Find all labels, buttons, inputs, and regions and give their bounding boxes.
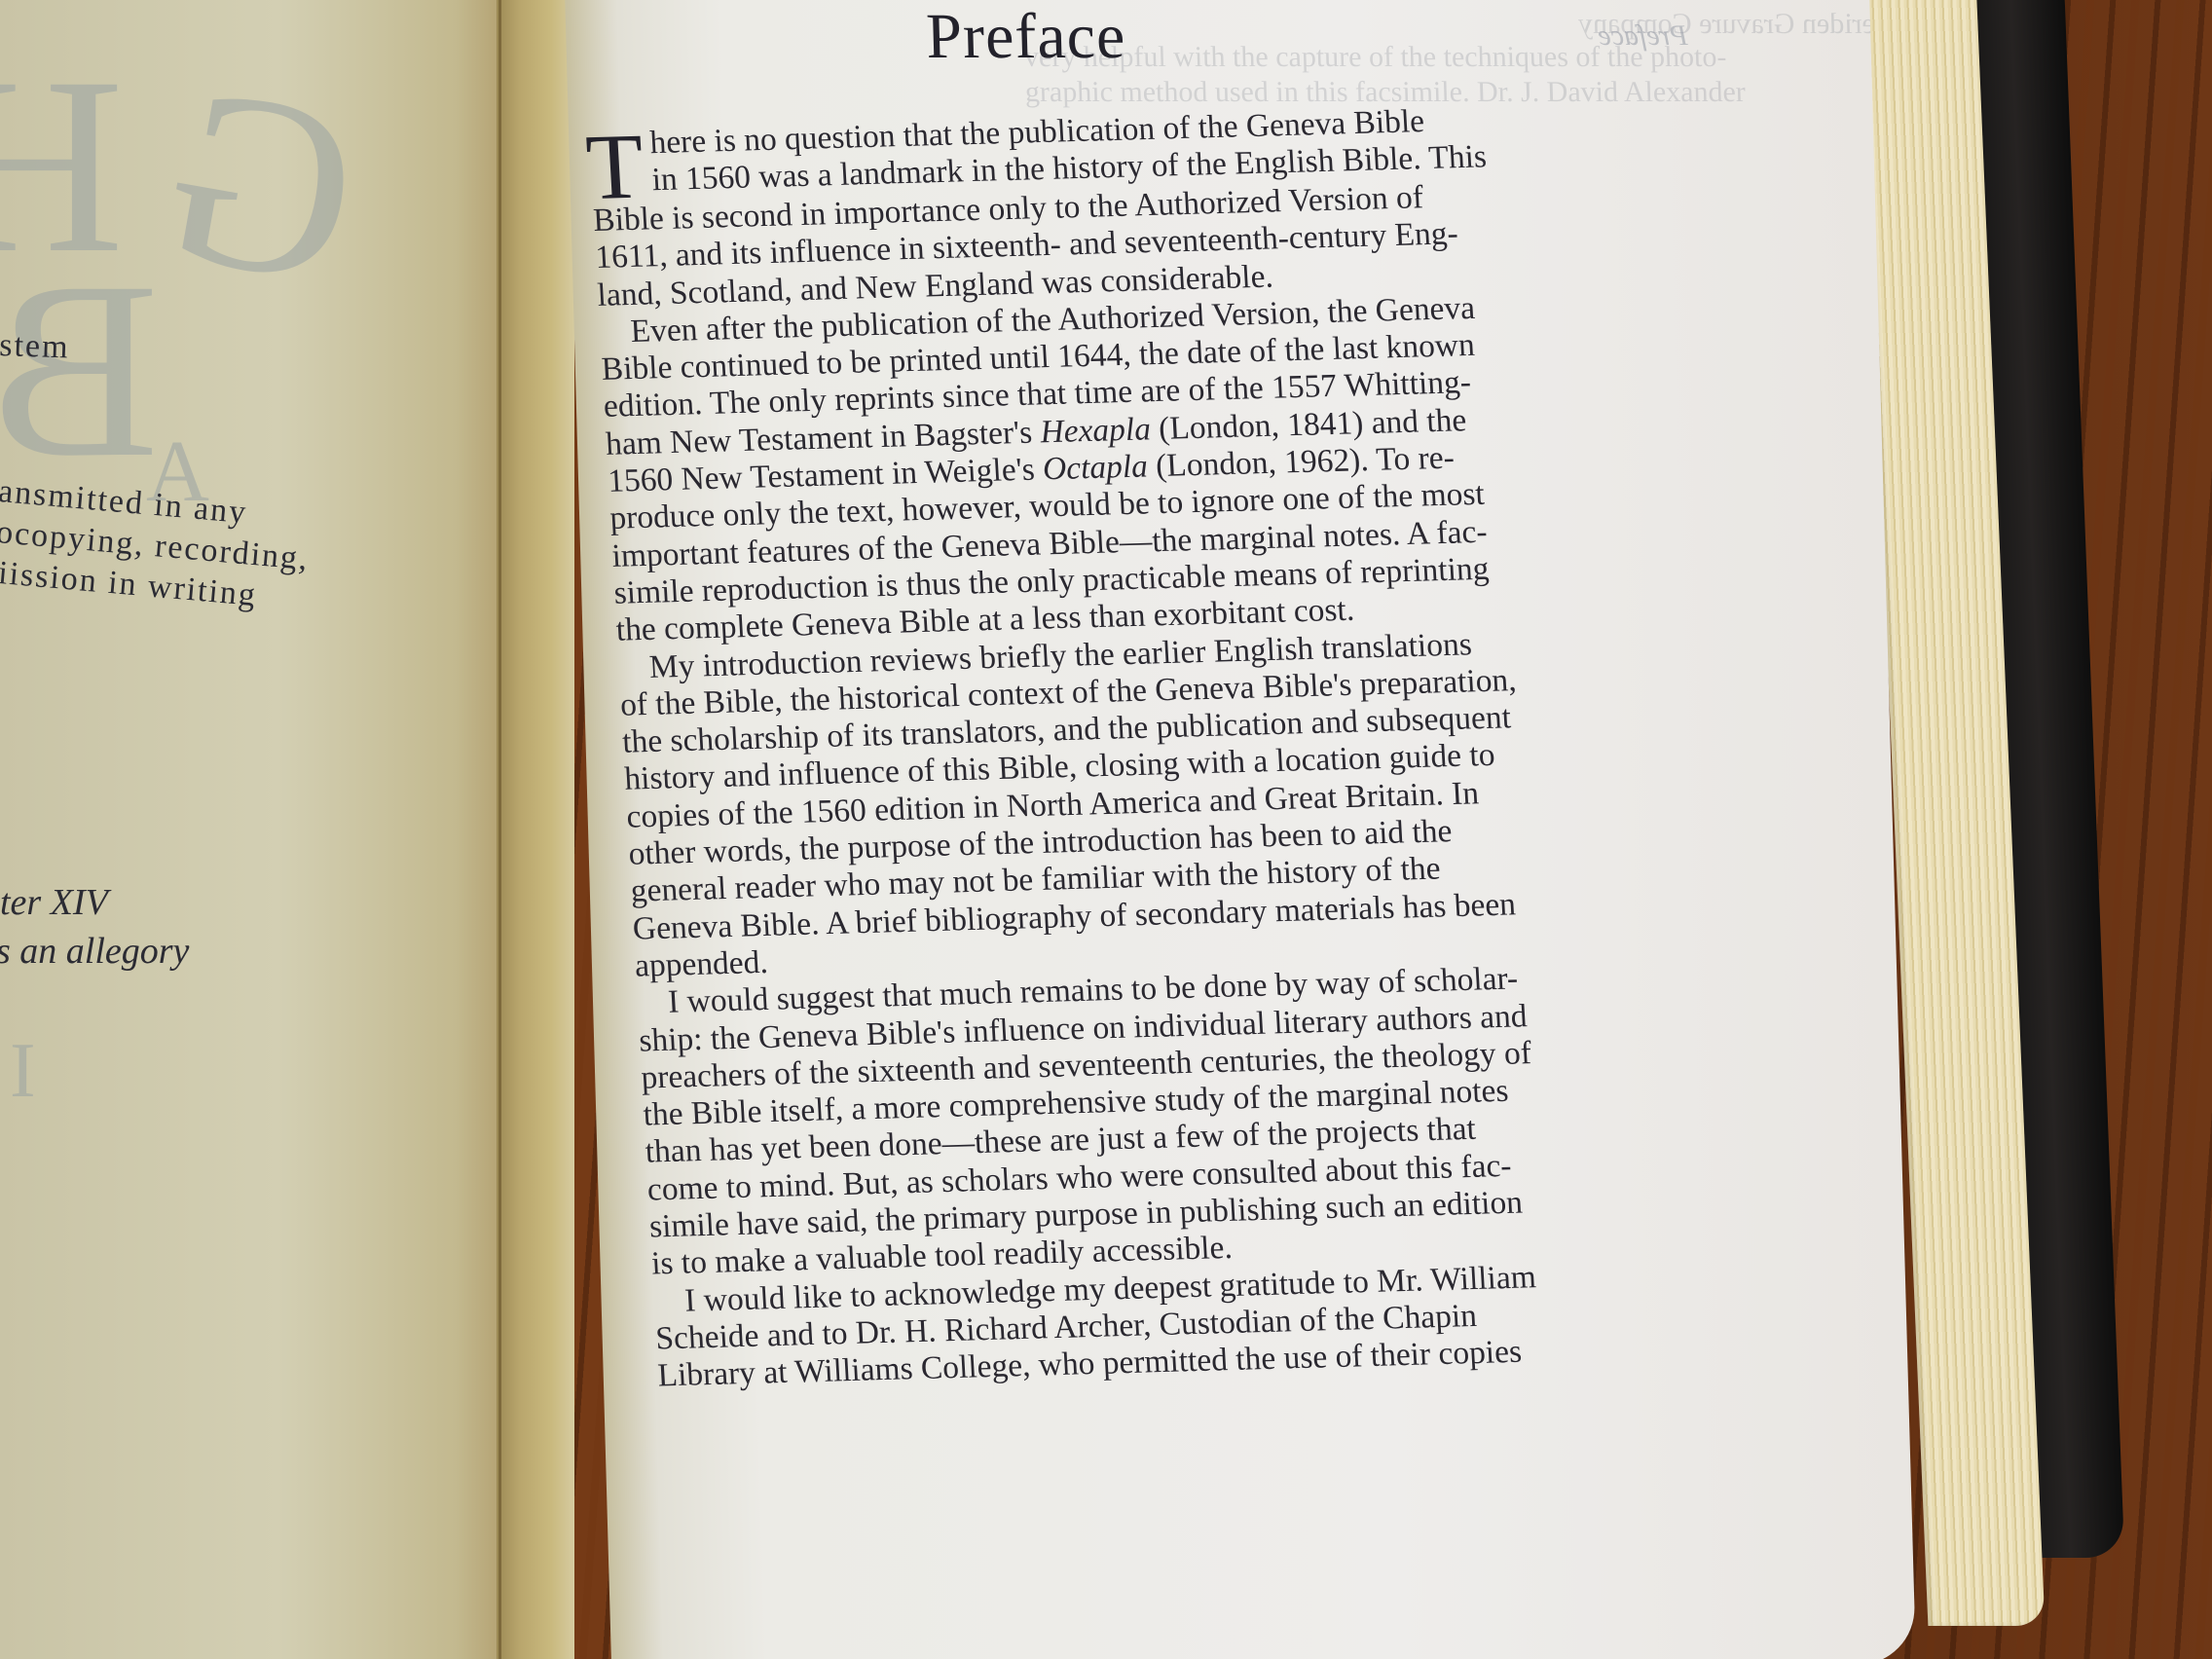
paragraph: I would suggest that much remains to be …	[636, 955, 1742, 1284]
dedication-fragment: s an allegory	[0, 930, 189, 973]
bleed-letter: B	[0, 243, 159, 497]
left-page: H G B A I stem ansmitted in any ocopying…	[0, 0, 506, 1659]
book-gutter	[497, 0, 574, 1659]
paragraph: My introduction reviews briefly the earl…	[617, 619, 1725, 985]
preface-body: T here is no question that the publicati…	[588, 96, 1748, 1395]
gutter-crease	[498, 0, 501, 1659]
right-page: Mr. John Peckham of the Meriden Gravure …	[565, 0, 1916, 1659]
book-title-octapla: Octapla	[1042, 448, 1149, 487]
bleed-letter: G	[150, 45, 374, 326]
dedication-fragment: ter XIV	[0, 881, 108, 924]
drop-cap: T	[584, 130, 645, 203]
bleed-letter: I	[10, 1032, 36, 1110]
paragraph: Even after the publication of the Author…	[599, 284, 1707, 650]
paragraph: T here is no question that the publicati…	[588, 96, 1687, 314]
running-head-bleed: Preface	[1598, 19, 1688, 53]
book-title-hexapla: Hexapla	[1039, 411, 1151, 450]
copyright-fragment: stem	[0, 327, 70, 366]
page-title: Preface	[925, 0, 1126, 74]
